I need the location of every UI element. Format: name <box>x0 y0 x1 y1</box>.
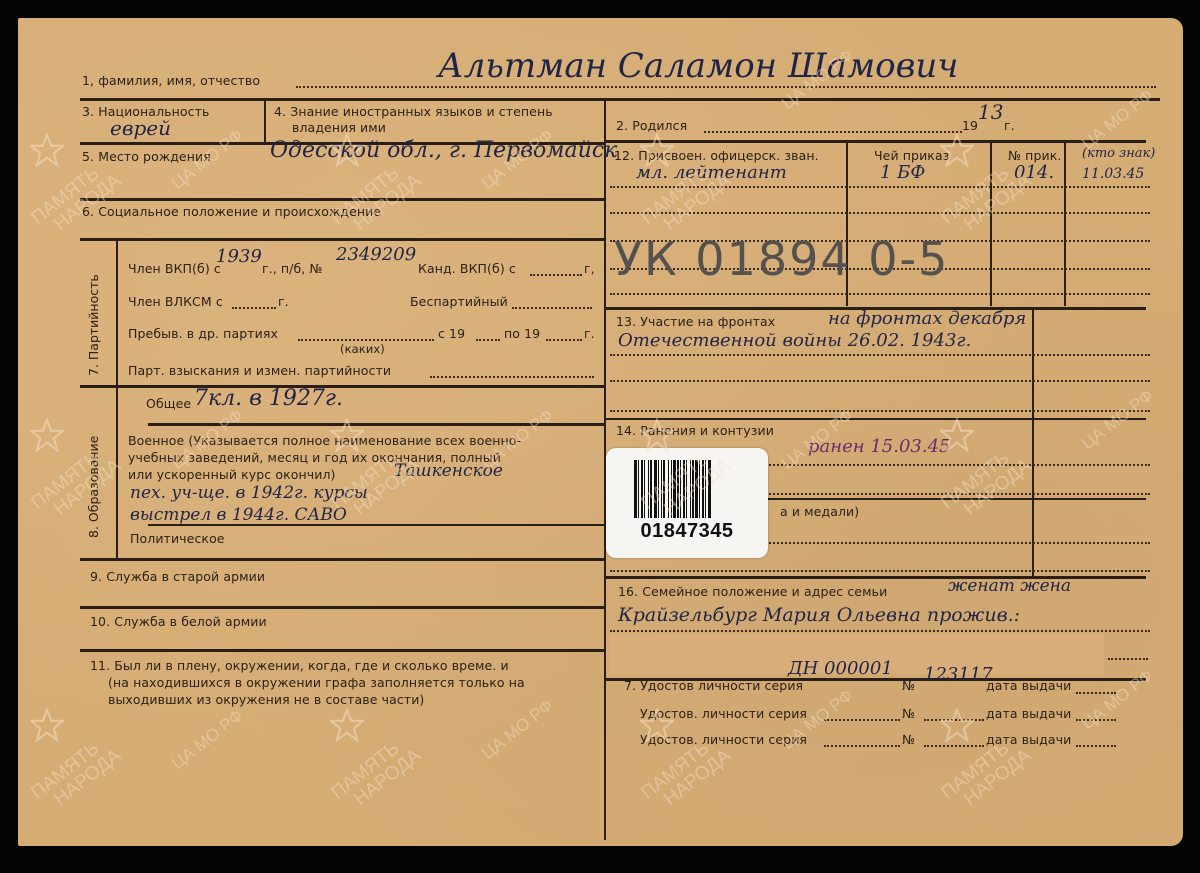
field-13-label: 13. Участие на фронтах <box>616 314 775 329</box>
watermark-star-icon <box>330 708 364 742</box>
divider <box>116 240 118 386</box>
dotted-line <box>298 339 434 341</box>
rule <box>80 238 604 241</box>
education-military-value-2: пех. уч-ще. в 1942г. курсы <box>130 483 368 503</box>
watermark-star-icon <box>30 418 64 452</box>
field-12-col-order-by: Чей приказ <box>874 148 949 163</box>
field-2-year-prefix: 19 <box>962 118 978 133</box>
field-4-label: 4. Знание иностранных языков и степень <box>274 104 553 119</box>
field-16-label: 16. Семейное положение и адрес семьи <box>618 584 887 599</box>
field-5-value: Одесской обл., г. Первомайск <box>270 138 617 163</box>
party-line-1b: г., п/б, № <box>262 261 323 276</box>
dotted-line <box>610 293 1150 295</box>
watermark-project: ПАМЯТЬНАРОДА <box>28 441 124 528</box>
field-1-value: Альтман Саламон Шамович <box>438 46 958 86</box>
order-date-value: 11.03.45 <box>1082 166 1144 182</box>
field-4-label-2: владения ими <box>292 120 386 135</box>
dotted-line <box>824 745 900 747</box>
id-row-2-label: Удостов. личности серия <box>640 706 807 721</box>
dotted-line <box>610 410 1150 412</box>
watermark-star-icon <box>940 708 974 742</box>
pencil-note: УК 01894 0-5 <box>614 232 949 286</box>
id-row-1-no-label: № <box>902 678 915 693</box>
dotted-line <box>924 719 984 721</box>
id-row-1-date-label: дата выдачи <box>986 678 1071 693</box>
barcode-icon <box>634 460 744 518</box>
field-14-value: ранен 15.03.45 <box>808 436 951 457</box>
dotted-line <box>530 274 582 276</box>
field-13-value-1: на фронтах декабря <box>828 308 1026 329</box>
party-year: 1939 <box>216 246 262 267</box>
watermark-site: ЦА МО РФ <box>168 706 247 773</box>
watermark-project: ПАМЯТЬНАРОДА <box>328 731 424 818</box>
field-12-col-rank: 12. Присвоен. офицерск. звaн. <box>614 148 819 163</box>
education-general-label: Общее <box>146 396 191 411</box>
rule <box>80 558 604 561</box>
personnel-record-card: 1, фамилия, имя, отчество Альтман Саламо… <box>18 18 1183 846</box>
field-12-col-order-no: № прик. <box>1008 148 1061 163</box>
dotted-line <box>1108 658 1148 660</box>
watermark-star-icon <box>30 708 64 742</box>
dotted-line <box>610 186 1150 188</box>
id-row-2-date-label: дата выдачи <box>986 706 1071 721</box>
dotted-line <box>1076 719 1116 721</box>
field-11-line-3: выходивших из окружения не в составе час… <box>108 692 424 707</box>
party-line-3d: г. <box>584 326 595 341</box>
party-line-3c: по 19 <box>504 326 540 341</box>
rule <box>80 649 604 652</box>
field-3-value: еврей <box>110 116 171 140</box>
id-row-1-series: ДН 000001 <box>788 658 893 679</box>
dotted-line <box>610 212 1150 214</box>
party-line-2b: г. <box>278 294 289 309</box>
barcode-number: 01847345 <box>606 520 768 543</box>
divider <box>990 142 992 306</box>
field-15-label: а и медали) <box>780 504 859 519</box>
id-row-3-date-label: дата выдачи <box>986 732 1071 747</box>
field-14-label: 14. Ранения и контузии <box>616 423 774 438</box>
rule <box>606 418 1146 420</box>
field-16-value-1: женат жена <box>948 576 1071 596</box>
field-2-label: 2. Родился <box>616 118 687 133</box>
field-16-value-2: Крайзельбург Мария Ольевна прожив.: <box>618 604 1020 626</box>
dotted-line <box>924 745 984 747</box>
field-2-year-suffix: г. <box>1004 118 1015 133</box>
dotted-line <box>546 339 582 341</box>
education-general-value: 7кл. в 1927г. <box>194 386 343 411</box>
field-1-dotted-line <box>296 86 1156 88</box>
id-row-3-no-label: № <box>902 732 915 747</box>
divider <box>1032 308 1034 578</box>
divider <box>1064 142 1066 306</box>
watermark-site: ЦА МО РФ <box>478 696 557 763</box>
rule <box>80 606 604 609</box>
watermark-star-icon <box>30 133 64 167</box>
barcode-sticker: 01847345 <box>606 448 768 558</box>
dotted-line <box>610 354 1150 356</box>
party-line-1a: Член ВКП(б) с <box>128 261 221 276</box>
officer-rank-value: мл. лейтенант <box>636 162 787 183</box>
education-military-value-1: Ташкенское <box>394 461 503 481</box>
party-card-number: 2349209 <box>336 244 416 265</box>
dotted-line <box>610 380 1150 382</box>
watermark-project: ПАМЯТЬНАРОДА <box>938 441 1034 528</box>
field-1-label: 1, фамилия, имя, отчество <box>82 73 260 88</box>
field-13-value-2: Отечественной войны 26.02. 1943г. <box>618 330 971 351</box>
party-line-3a: Пребыв. в др. партиях <box>128 326 278 341</box>
party-line-2c: Беспартийный <box>410 294 508 309</box>
party-line-2a: Член ВЛКСМ с <box>128 294 223 309</box>
dotted-line <box>1076 745 1116 747</box>
party-line-4: Парт. взыскания и измен. партийности <box>128 363 391 378</box>
education-military-line-3: или ускоренный курс окончил) <box>128 467 336 482</box>
order-number-value: 014. <box>1014 162 1054 183</box>
party-line-3-hint: (каких) <box>340 342 385 356</box>
order-by-value: 1 БФ <box>880 162 925 183</box>
field-2-year-value: 13 <box>978 100 1003 124</box>
field-5-label: 5. Место рождения <box>82 149 211 164</box>
dotted-line <box>512 307 592 309</box>
education-military-line-1: Военное (Указывается полное наименование… <box>128 433 521 448</box>
rule <box>148 423 604 426</box>
field-12-col-note: (кто знак) <box>1082 146 1155 161</box>
field-2-dotted-line <box>704 131 962 133</box>
section-7-label: 7. Партийность <box>86 274 101 376</box>
divider <box>264 100 266 144</box>
field-11-line-2: (на находившихся в окружении графа запол… <box>108 675 525 690</box>
dotted-line <box>824 719 900 721</box>
id-row-1-number: 123117 <box>924 664 993 685</box>
rule <box>80 198 604 201</box>
dotted-line <box>232 307 276 309</box>
dotted-line <box>1076 692 1116 694</box>
id-row-2-no-label: № <box>902 706 915 721</box>
education-military-value-3: выстрел в 1944г. САВО <box>130 505 347 525</box>
divider <box>116 387 118 559</box>
id-row-1-label: 7. Удостов личности серия <box>624 678 803 693</box>
dotted-line <box>430 376 594 378</box>
field-9-label: 9. Служба в старой армии <box>90 569 265 584</box>
field-11-line-1: 11. Был ли в плену, окружении, когда, гд… <box>90 658 509 673</box>
id-row-3-label: Удостов. личности серия <box>640 732 807 747</box>
party-line-1d: г, <box>584 261 595 276</box>
rule <box>148 524 604 526</box>
dotted-line <box>610 570 1150 572</box>
watermark-project: ПАМЯТЬНАРОДА <box>28 731 124 818</box>
dotted-line <box>610 630 1150 632</box>
education-political-label: Политическое <box>130 531 225 546</box>
field-6-label: 6. Социальное положение и происхождение <box>82 204 381 219</box>
dotted-line <box>476 339 500 341</box>
party-line-3b: с 19 <box>438 326 465 341</box>
section-8-label: 8. Образование <box>86 436 101 538</box>
watermark-site: ЦА МО РФ <box>1078 666 1157 733</box>
party-line-1c: Канд. ВКП(б) с <box>418 261 516 276</box>
field-10-label: 10. Служба в белой армии <box>90 614 267 629</box>
